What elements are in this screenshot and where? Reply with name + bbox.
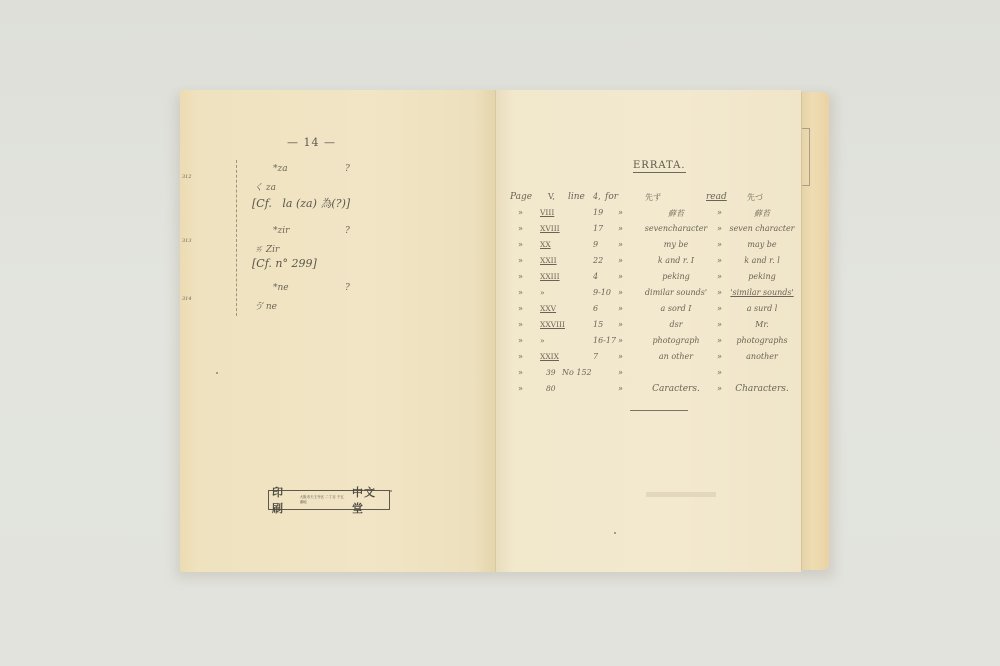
errata-for: sevencharacter bbox=[631, 224, 721, 233]
printer-stamp: 印刷 大阪市天王寺区 二丁目 千五番地 中文堂 bbox=[268, 490, 390, 510]
page-number: — 14 — bbox=[287, 136, 336, 149]
for-label: for bbox=[605, 192, 618, 202]
errata-page: » bbox=[540, 288, 545, 297]
errata-page: VIII bbox=[540, 208, 554, 217]
paper-speck bbox=[390, 490, 392, 492]
errata-row: » XXIII 4 » peking » peking bbox=[496, 272, 801, 288]
entry-number: 314 bbox=[182, 296, 192, 302]
errata-line: 16-17 bbox=[593, 336, 616, 345]
errata-row: » 80 » Caracters. » Characters. bbox=[496, 384, 801, 400]
errata-read: Characters. bbox=[722, 384, 802, 394]
errata-for: dsr bbox=[631, 320, 721, 329]
errata-for: a sord I bbox=[631, 304, 721, 313]
ditto-mark: » bbox=[518, 224, 523, 233]
show-through-text bbox=[646, 492, 716, 497]
errata-page: XXIX bbox=[540, 352, 559, 361]
ditto-mark: » bbox=[518, 288, 523, 297]
errata-row: » XXII 22 » k and r. I » k and r. l bbox=[496, 256, 801, 272]
errata-line: 6 bbox=[593, 304, 598, 313]
errata-for: 蘚苔 bbox=[631, 208, 721, 219]
errata-read: k and r. l bbox=[722, 256, 802, 265]
end-rule bbox=[630, 410, 688, 411]
errata-line: 17 bbox=[593, 224, 603, 233]
stamp-address: 大阪市天王寺区 二丁目 千五番地 bbox=[300, 495, 347, 505]
entry-reading: *zir bbox=[273, 226, 289, 236]
errata-read: 蘚苔 bbox=[722, 208, 802, 219]
errata-page: 39 bbox=[546, 368, 556, 377]
ditto-mark: » bbox=[518, 368, 523, 377]
page-value: V, bbox=[548, 192, 555, 201]
errata-read: another bbox=[722, 352, 802, 361]
errata-row: » XX 9 » my be » may be bbox=[496, 240, 801, 256]
errata-read: 'similar sounds' bbox=[722, 288, 802, 297]
ditto-mark: » bbox=[518, 320, 523, 329]
errata-line: 4 bbox=[593, 272, 598, 281]
errata-page: » bbox=[540, 336, 545, 345]
errata-for: an other bbox=[631, 352, 721, 361]
errata-for: my be bbox=[631, 240, 721, 249]
errata-read: photographs bbox=[722, 336, 802, 345]
ditto-mark: » bbox=[518, 272, 523, 281]
entry-number: 313 bbox=[182, 238, 192, 244]
errata-row: » XXVIII 15 » dsr » Mr. bbox=[496, 320, 801, 336]
errata-row: » 39 No 152 » » 𧂐 bbox=[496, 368, 801, 384]
errata-line: 15 bbox=[593, 320, 603, 329]
errata-page: XX bbox=[540, 240, 551, 249]
errata-row: » » 16-17 » photograph » photographs bbox=[496, 336, 801, 352]
edge-frame bbox=[802, 128, 810, 186]
errata-read: may be bbox=[722, 240, 802, 249]
errata-for: peking bbox=[631, 272, 721, 281]
errata-page: 80 bbox=[546, 384, 556, 393]
stamp-printer: 中文堂 bbox=[352, 484, 386, 516]
entry-query: ? bbox=[345, 226, 350, 236]
ditto-mark: » bbox=[518, 336, 523, 345]
entry-sub: ㄞ Zir bbox=[254, 242, 279, 255]
errata-page: XXV bbox=[540, 304, 556, 313]
entry-sub: く za bbox=[254, 180, 276, 193]
errata-page: XXVIII bbox=[540, 320, 565, 329]
page-edge bbox=[801, 92, 829, 570]
errata-for: photograph bbox=[631, 336, 721, 345]
entry-query: ? bbox=[345, 283, 350, 293]
entry-reading: *za bbox=[273, 164, 288, 174]
errata-line: 9-10 bbox=[593, 288, 611, 297]
errata-line: 9 bbox=[593, 240, 598, 249]
entry-sub: ゔ ne bbox=[254, 299, 277, 312]
entry-note: [Cf. n° 299] bbox=[252, 257, 317, 270]
errata-read: a surd l bbox=[722, 304, 802, 313]
ditto-mark: » bbox=[518, 256, 523, 265]
entry-number: 312 bbox=[182, 174, 192, 180]
ditto-mark: » bbox=[518, 384, 523, 393]
column-divider bbox=[236, 160, 237, 316]
stamp-label: 印刷 bbox=[272, 484, 295, 516]
page-label: Page bbox=[510, 192, 532, 202]
errata-for: k and r. I bbox=[631, 256, 721, 265]
errata-row: » » 9-10 » dimilar sounds' » 'similar so… bbox=[496, 288, 801, 304]
errata-for: dimilar sounds' bbox=[631, 288, 721, 297]
left-page: — 14 — 312 𣲍 *za ? く za [Cf. 𣲍 嚆 la (za)… bbox=[180, 90, 496, 572]
errata-line: No 152 bbox=[562, 368, 592, 377]
line-value: 4, bbox=[593, 192, 601, 201]
for-text: 先ず bbox=[645, 192, 661, 203]
entry-query: ? bbox=[345, 164, 350, 174]
errata-read: Mr. bbox=[722, 320, 802, 329]
errata-for: Caracters. bbox=[631, 384, 721, 394]
errata-page: XXII bbox=[540, 256, 557, 265]
errata-header-row: Page V, line 4, for 先ず read 先づ bbox=[496, 192, 801, 208]
ditto-mark: » bbox=[518, 304, 523, 313]
ditto-mark: » bbox=[518, 240, 523, 249]
line-label: line bbox=[568, 192, 585, 202]
errata-title: ERRATA. bbox=[633, 160, 686, 173]
errata-row: » XVIII 17 » sevencharacter » seven char… bbox=[496, 224, 801, 240]
errata-row: » XXV 6 » a sord I » a surd l bbox=[496, 304, 801, 320]
errata-read: 𧂐 bbox=[722, 368, 802, 379]
entry-reading: *ne bbox=[273, 283, 289, 293]
errata-row: » VIII 19 » 蘚苔 » 蘚苔 bbox=[496, 208, 801, 224]
read-label: read bbox=[706, 192, 727, 202]
ditto-mark: » bbox=[518, 352, 523, 361]
paper-speck bbox=[614, 532, 616, 534]
right-page: ERRATA. Page V, line 4, for 先ず read 先づ »… bbox=[496, 90, 801, 572]
errata-read: seven character bbox=[722, 224, 802, 233]
paper-speck bbox=[216, 372, 218, 374]
ditto-mark: » bbox=[518, 208, 523, 217]
errata-page: XXIII bbox=[540, 272, 560, 281]
entry-note: [Cf. 𣲍 嚆 la (za) 為(?)] bbox=[252, 195, 350, 211]
open-book: — 14 — 312 𣲍 *za ? く za [Cf. 𣲍 嚆 la (za)… bbox=[180, 90, 828, 572]
errata-line: 7 bbox=[593, 352, 598, 361]
read-text: 先づ bbox=[747, 192, 763, 203]
errata-read: peking bbox=[722, 272, 802, 281]
errata-row: » XXIX 7 » an other » another bbox=[496, 352, 801, 368]
errata-line: 19 bbox=[593, 208, 603, 217]
errata-page: XVIII bbox=[540, 224, 560, 233]
errata-line: 22 bbox=[593, 256, 603, 265]
